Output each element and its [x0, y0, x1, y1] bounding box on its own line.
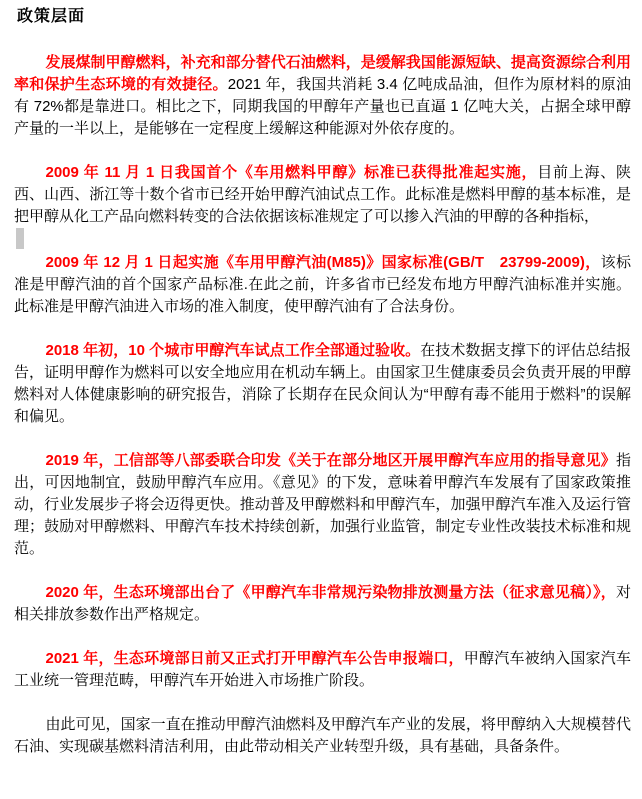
paragraph-conclusion: 由此可见，国家一直在推动甲醇汽油燃料及甲醇汽车产业的发展，将甲醇纳入大规模替代石…	[14, 714, 631, 758]
paragraph-2019: 2019 年，工信部等八部委联合印发《关于在部分地区开展甲醇汽车应用的指导意见》…	[14, 450, 631, 560]
text-cursor-artifact	[16, 228, 24, 249]
paragraph-2009-11: 2009 年 11 月 1 日我国首个《车用燃料甲醇》标准已获得批准起实施，目前…	[14, 162, 631, 228]
paragraph-2018: 2018 年初，10 个城市甲醇汽车试点工作全部通过验收。在技术数据支撑下的评估…	[14, 340, 631, 428]
paragraph-2020: 2020 年，生态环境部出台了《甲醇汽车非常规污染物排放测量方法（征求意见稿）》…	[14, 582, 631, 626]
paragraph-2021: 2021 年，生态环境部日前又正式打开甲醇汽车公告申报端口，甲醇汽车被纳入国家汽…	[14, 648, 631, 692]
paragraph-2020-highlight: 2020 年，生态环境部出台了《甲醇汽车非常规污染物排放测量方法（征求意见稿）》…	[46, 584, 616, 601]
paragraph-2018-highlight: 2018 年初，10 个城市甲醇汽车试点工作全部通过验收。	[46, 342, 421, 359]
paragraph-2019-highlight: 2019 年，工信部等八部委联合印发《关于在部分地区开展甲醇汽车应用的指导意见》	[46, 452, 616, 469]
paragraph-2021-highlight: 2021 年，生态环境部日前又正式打开甲醇汽车公告申报端口，	[46, 650, 464, 667]
paragraph-2009-11-highlight: 2009 年 11 月 1 日我国首个《车用燃料甲醇》标准已获得批准起实施，	[46, 164, 538, 181]
document-page: 政策层面 发展煤制甲醇燃料，补充和部分替代石油燃料，是缓解我国能源短缺、提高资源…	[0, 0, 642, 799]
paragraph-2009-12: 2009 年 12 月 1 日起实施《车用甲醇汽油(M85)》国家标准(GB/T…	[14, 252, 631, 318]
paragraph-intro: 发展煤制甲醇燃料，补充和部分替代石油燃料，是缓解我国能源短缺、提高资源综合利用率…	[14, 52, 631, 140]
paragraph-conclusion-body: 由此可见，国家一直在推动甲醇汽油燃料及甲醇汽车产业的发展，将甲醇纳入大规模替代石…	[14, 716, 631, 755]
page-title: 政策层面	[17, 6, 631, 28]
paragraph-2009-12-highlight: 2009 年 12 月 1 日起实施《车用甲醇汽油(M85)》国家标准(GB/T…	[46, 254, 601, 271]
